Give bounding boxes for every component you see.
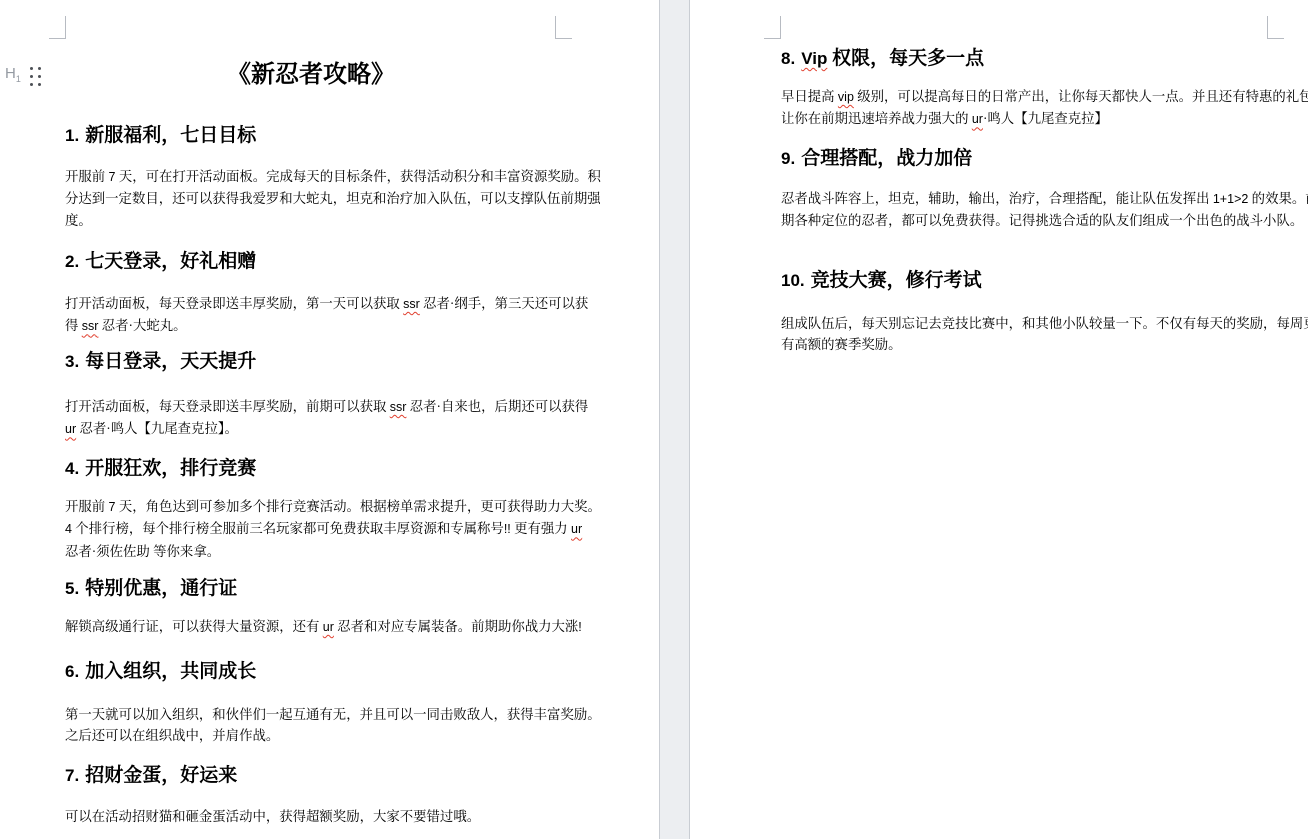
section-3-paragraph[interactable]: 打开活动面板，每天登录即送丰厚奖励，前期可以获取 ssr 忍者·自来也，后期还可…	[65, 396, 588, 441]
word-document-view: H1 《新忍者攻略》 1.新服福利，七日目标 开服前 7 天，可在打开活动面板。…	[0, 0, 1308, 839]
section-8-heading[interactable]: 8.Vip 权限，每天多一点	[781, 46, 984, 72]
section-10-heading[interactable]: 10.竞技大赛，修行考试	[781, 268, 982, 294]
section-1-heading[interactable]: 1.新服福利，七日目标	[65, 123, 256, 149]
section-9-paragraph[interactable]: 忍者战斗阵容上，坦克，辅助，输出，治疗，合理搭配，能让队伍发挥出 1+1>2 的…	[781, 188, 1308, 232]
crop-mark-top-left-icon	[764, 16, 781, 39]
section-4-heading[interactable]: 4.开服狂欢，排行竞赛	[65, 456, 256, 482]
drag-handle-icon[interactable]	[30, 67, 42, 87]
heading-level-badge: H1	[5, 66, 21, 87]
section-7-heading[interactable]: 7.招财金蛋，好运来	[65, 763, 237, 789]
section-5-heading[interactable]: 5.特别优惠，通行证	[65, 576, 237, 602]
section-6-heading[interactable]: 6.加入组织，共同成长	[65, 659, 256, 685]
crop-mark-top-left-icon	[49, 16, 66, 39]
crop-mark-top-right-icon	[555, 16, 572, 39]
section-1-paragraph[interactable]: 开服前 7 天，可在打开活动面板。完成每天的目标条件，获得活动积分和丰富资源奖励…	[65, 166, 601, 231]
section-2-paragraph[interactable]: 打开活动面板，每天登录即送丰厚奖励，第一天可以获取 ssr 忍者·纲手，第三天还…	[65, 293, 588, 338]
section-4-paragraph[interactable]: 开服前 7 天，角色达到可参加多个排行竞赛活动。根据榜单需求提升，更可获得助力大…	[65, 496, 601, 562]
heading-block-gizmo: H1	[5, 66, 42, 87]
page-1[interactable]: H1 《新忍者攻略》 1.新服福利，七日目标 开服前 7 天，可在打开活动面板。…	[0, 0, 659, 839]
page-separator	[659, 0, 690, 839]
section-7-paragraph[interactable]: 可以在活动招财猫和砸金蛋活动中，获得超额奖励，大家不要错过哦。	[65, 806, 480, 827]
crop-mark-top-right-icon	[1267, 16, 1284, 39]
document-title[interactable]: 《新忍者攻略》	[65, 58, 557, 92]
page-2[interactable]: 8.Vip 权限，每天多一点 早日提高 vip 级别，可以提高每日的日常产出，让…	[690, 0, 1308, 839]
section-6-paragraph[interactable]: 第一天就可以加入组织，和伙伴们一起互通有无，并且可以一同击败敌人，获得丰富奖励。…	[65, 704, 601, 747]
section-9-heading[interactable]: 9.合理搭配，战力加倍	[781, 146, 972, 172]
section-5-paragraph[interactable]: 解锁高级通行证，可以获得大量资源，还有 ur 忍者和对应专属装备。前期助你战力大…	[65, 616, 582, 638]
section-2-heading[interactable]: 2.七天登录，好礼相赠	[65, 249, 256, 275]
section-3-heading[interactable]: 3.每日登录，天天提升	[65, 349, 256, 375]
section-10-paragraph[interactable]: 组成队伍后，每天别忘记去竞技比赛中，和其他小队较量一下。不仅有每天的奖励，每周更…	[781, 313, 1308, 356]
section-8-paragraph[interactable]: 早日提高 vip 级别，可以提高每日的日常产出，让你每天都快人一点。并且还有特惠…	[781, 86, 1308, 131]
